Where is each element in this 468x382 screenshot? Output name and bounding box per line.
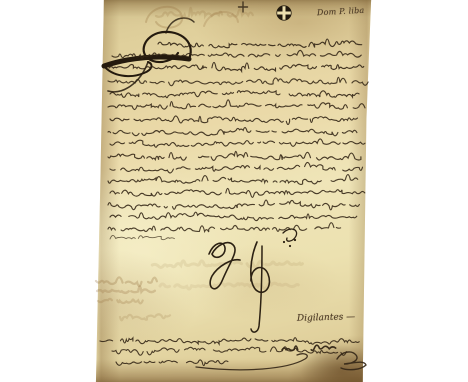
handwriting-line (110, 188, 365, 197)
handwriting-line (100, 338, 359, 345)
handwriting-line (108, 100, 365, 110)
handwriting-line (160, 283, 298, 289)
footer-rubric-sweep (196, 354, 307, 370)
circled-cross-icon (276, 5, 291, 20)
handwriting-line (110, 162, 362, 173)
handwriting-line (282, 345, 336, 350)
handwriting-line (108, 175, 358, 185)
handwriting-line (108, 223, 341, 232)
handwriting-line (108, 128, 361, 136)
royal-signature-flourish (209, 229, 297, 332)
handwriting-line (110, 235, 174, 239)
handwriting-line (110, 212, 357, 220)
handwriting-line (108, 200, 363, 210)
handwriting-line (108, 151, 361, 160)
handwriting-line (110, 116, 358, 125)
handwriting-ink-layer (0, 0, 468, 382)
photo-canvas: Dom P. liba Digilantes — (0, 0, 468, 382)
handwriting-line (97, 286, 155, 292)
handwriting-line (96, 277, 157, 286)
handwriting-line (156, 8, 253, 19)
handwriting-line (112, 347, 346, 356)
handwriting-line (110, 139, 365, 147)
handwriting-line (108, 77, 368, 85)
paraph-rubric (337, 352, 366, 370)
handwriting-line (120, 314, 175, 320)
handwriting-line (98, 299, 143, 304)
handwriting-line (110, 91, 359, 98)
handwriting-line (116, 360, 228, 366)
handwriting-lines (96, 8, 368, 366)
